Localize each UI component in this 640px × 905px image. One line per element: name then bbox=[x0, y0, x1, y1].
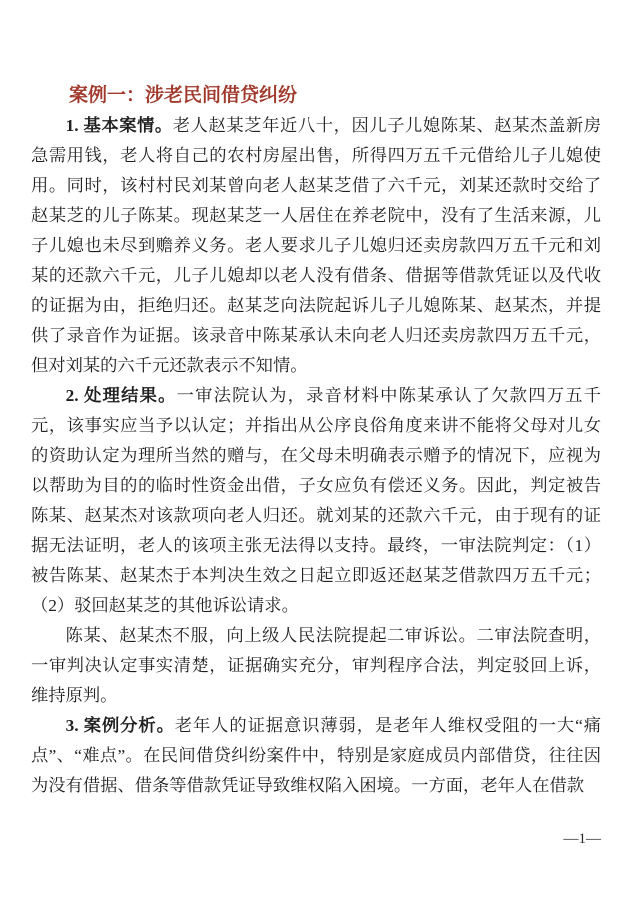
paragraph-text: 老人赵某芝年近八十，因儿子儿媳陈某、赵某杰盖新房急需用钱，老人将自己的农村房屋出… bbox=[31, 116, 601, 375]
paragraph-lead: 3. 案例分析。 bbox=[66, 716, 175, 735]
paragraph-lead: 1. 基本案情。 bbox=[66, 116, 173, 135]
paragraph-case-analysis: 3. 案例分析。老年人的证据意识薄弱，是老年人维权受阻的一大“痛点”、“难点”。… bbox=[31, 711, 601, 801]
paragraph-handling-result: 2. 处理结果。一审法院认为，录音材料中陈某承认了欠款四万五千元，该事实应当予以… bbox=[31, 381, 601, 621]
paragraph-text: 一审法院认为，录音材料中陈某承认了欠款四万五千元，该事实应当予以认定；并指出从公… bbox=[31, 386, 601, 615]
paragraph-basic-facts: 1. 基本案情。老人赵某芝年近八十，因儿子儿媳陈某、赵某杰盖新房急需用钱，老人将… bbox=[31, 111, 601, 381]
paragraph-text: 陈某、赵某杰不服，向上级人民法院提起二审诉讼。二审法院查明，一审判决认定事实清楚… bbox=[31, 626, 601, 705]
paragraph-appeal: 陈某、赵某杰不服，向上级人民法院提起二审诉讼。二审法院查明，一审判决认定事实清楚… bbox=[31, 621, 601, 711]
page-number: —1— bbox=[31, 829, 601, 849]
document-page: 案例一：涉老民间借贷纠纷 1. 基本案情。老人赵某芝年近八十，因儿子儿媳陈某、赵… bbox=[0, 0, 640, 905]
case-title: 案例一：涉老民间借贷纠纷 bbox=[31, 81, 601, 111]
paragraph-lead: 2. 处理结果。 bbox=[66, 386, 177, 405]
